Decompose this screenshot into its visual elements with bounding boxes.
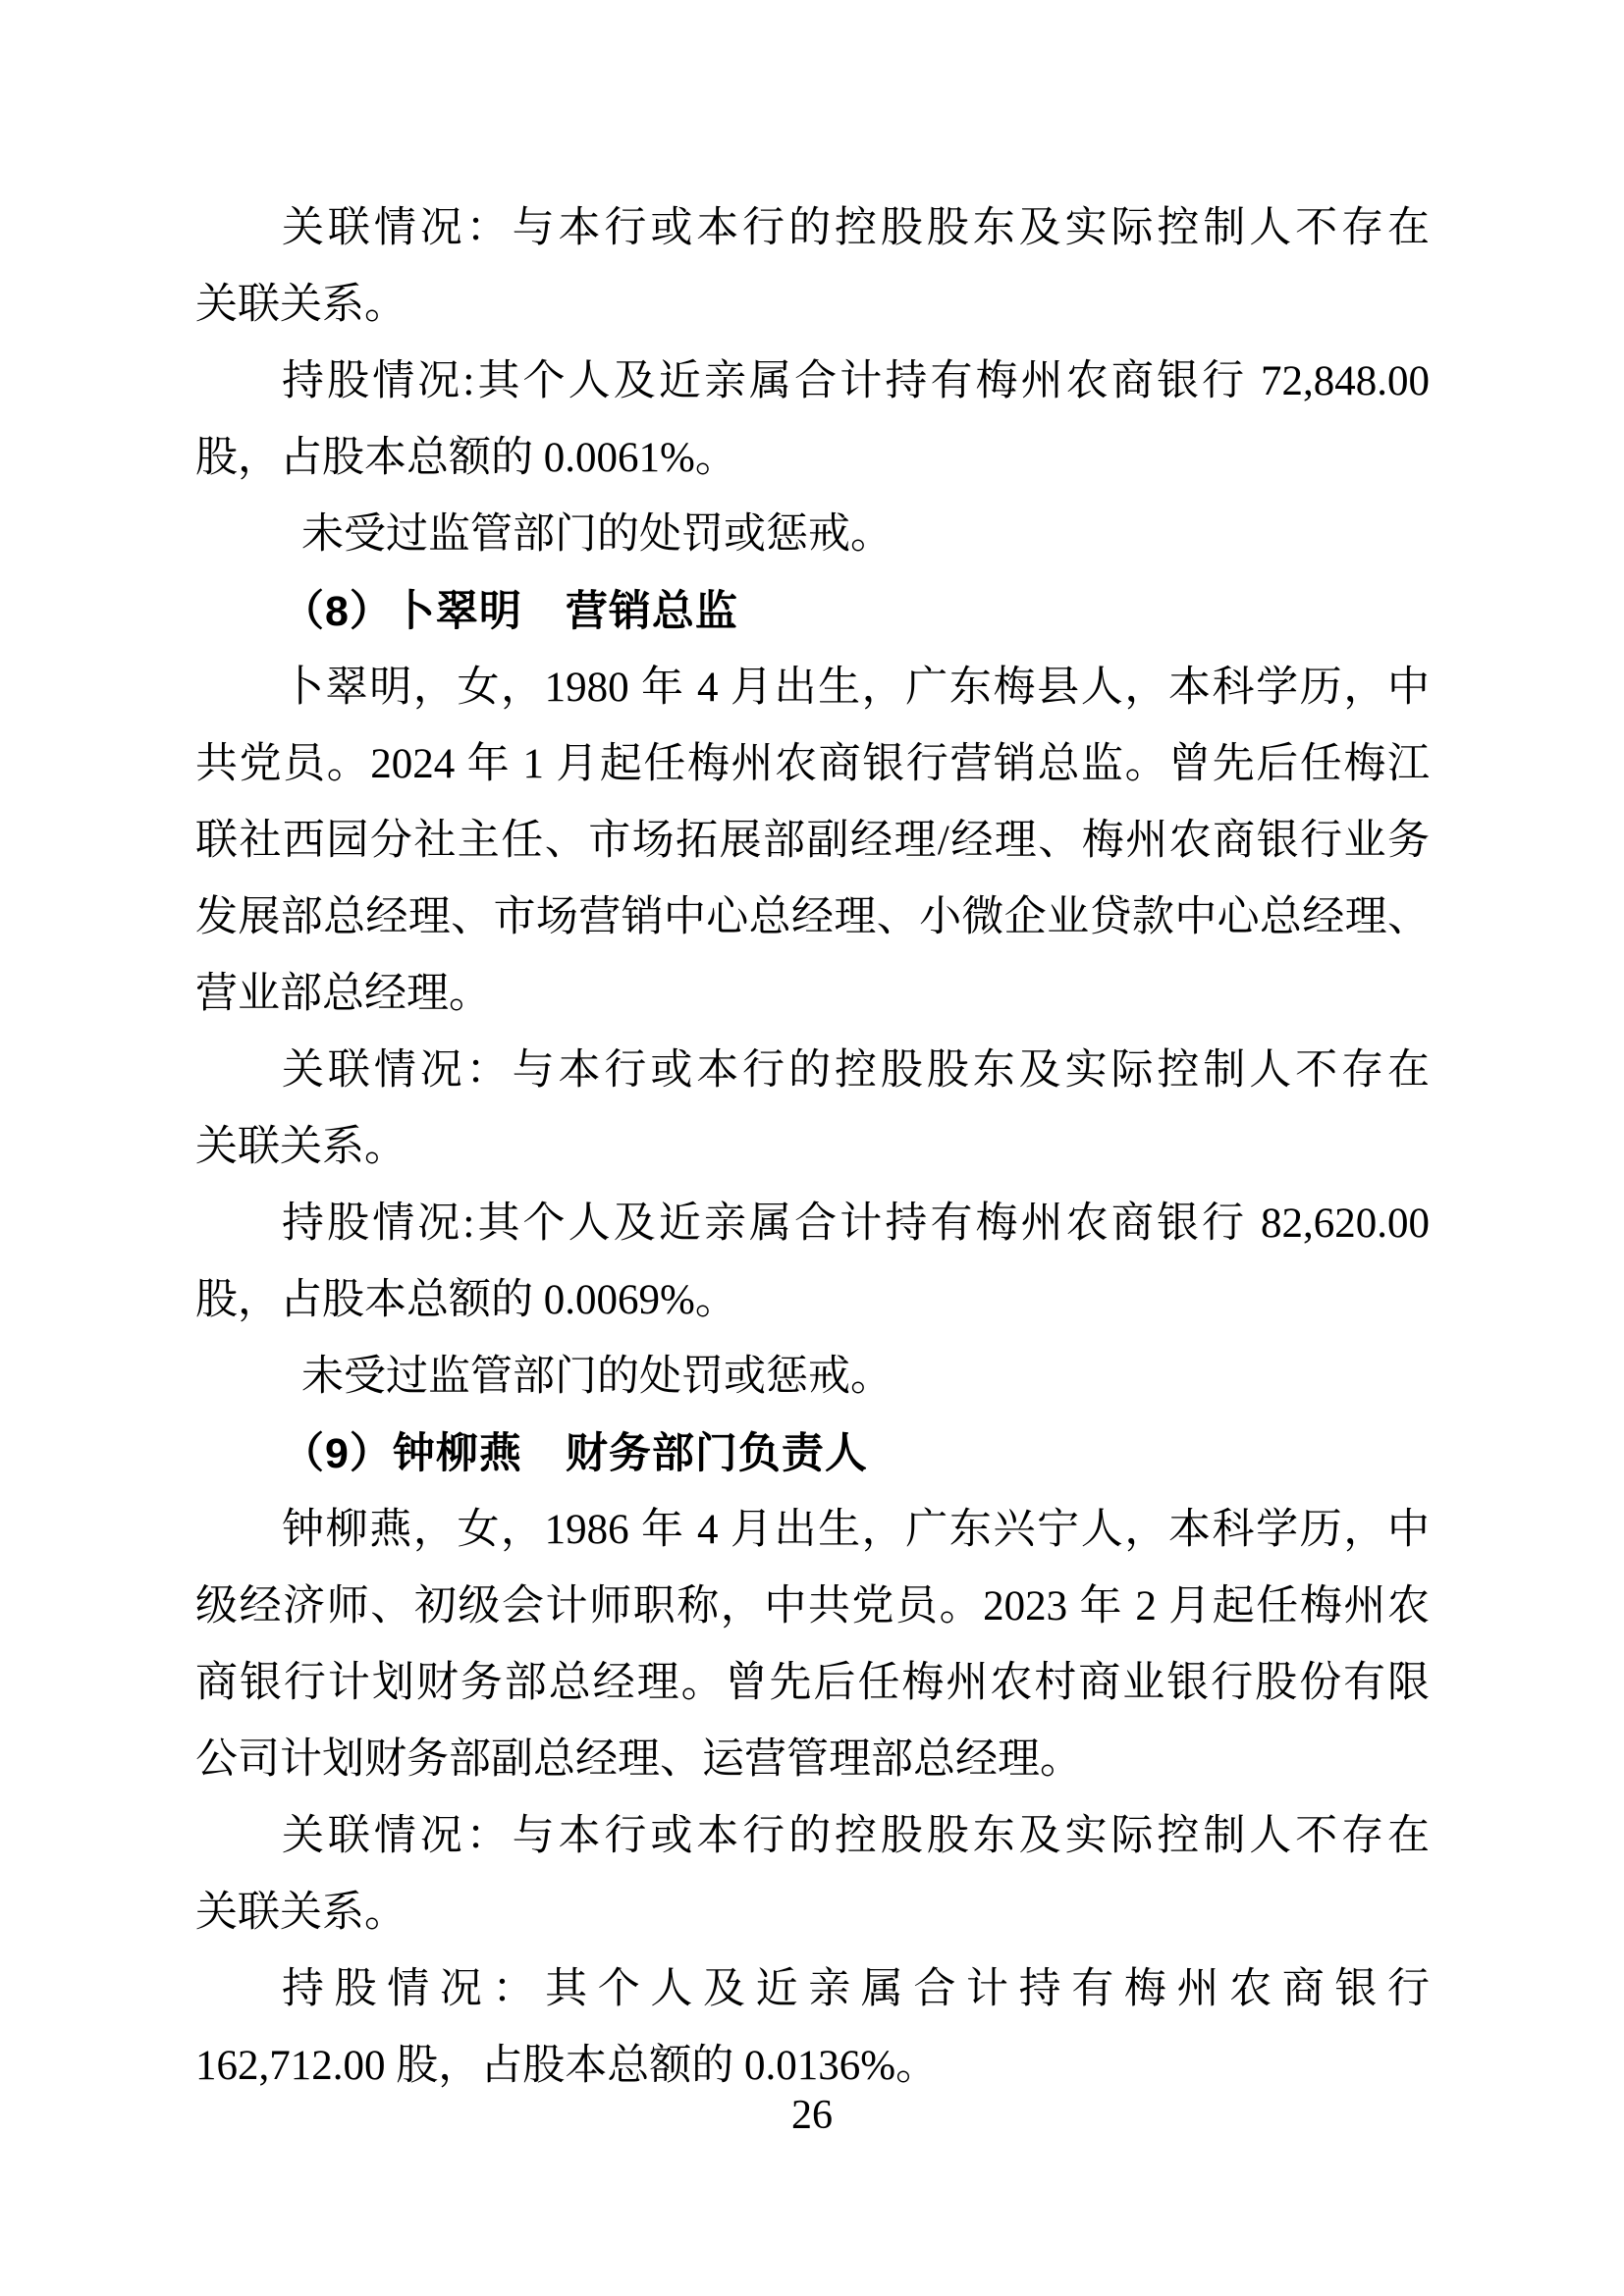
body-line: 级经济师、初级会计师职称，中共党员。2023 年 2 月起任梅州农 xyxy=(195,1569,1430,1645)
body-line: 持股情况:其个人及近亲属合计持有梅州农商银行 82,620.00 xyxy=(195,1186,1430,1262)
body-line: 股，占股本总额的 0.0061%。 xyxy=(195,420,1430,497)
page-number: 26 xyxy=(0,2093,1624,2138)
body-line: 关联情况：与本行或本行的控股股东及实际控制人不存在 xyxy=(195,1033,1430,1109)
body-line: 关联关系。 xyxy=(195,1109,1430,1186)
body-line: 发展部总经理、市场营销中心总经理、小微企业贷款中心总经理、 xyxy=(195,880,1430,956)
body-line: 持股情况：其个人及近亲属合计持有梅州农商银行 xyxy=(195,1951,1430,2028)
body-line: 营业部总经理。 xyxy=(195,956,1430,1033)
body-line: 股，占股本总额的 0.0069%。 xyxy=(195,1262,1430,1339)
body-line: 持股情况:其个人及近亲属合计持有梅州农商银行 72,848.00 xyxy=(195,344,1430,420)
section-8-heading: （8）卜翠明 营销总监 xyxy=(195,573,1430,650)
body-line: 商银行计划财务部总经理。曾先后任梅州农村商业银行股份有限 xyxy=(195,1645,1430,1722)
body-line: 联社西园分社主任、市场拓展部副经理/经理、梅州农商银行业务 xyxy=(195,803,1430,880)
body-line: 关联情况：与本行或本行的控股股东及实际控制人不存在 xyxy=(195,190,1430,267)
body-line: 卜翠明，女，1980 年 4 月出生，广东梅县人，本科学历，中 xyxy=(195,650,1430,726)
body-line: 关联关系。 xyxy=(195,1875,1430,1951)
body-line: 共党员。2024 年 1 月起任梅州农商银行营销总监。曾先后任梅江 xyxy=(195,726,1430,803)
section-9-heading: （9）钟柳燕 财务部门负责人 xyxy=(195,1415,1430,1492)
body-line: 钟柳燕，女，1986 年 4 月出生，广东兴宁人，本科学历，中 xyxy=(195,1492,1430,1569)
body-line: 关联情况：与本行或本行的控股股东及实际控制人不存在 xyxy=(195,1798,1430,1875)
document-page: 关联情况：与本行或本行的控股股东及实际控制人不存在 关联关系。 持股情况:其个人… xyxy=(0,0,1624,2296)
body-line: 未受过监管部门的处罚或惩戒。 xyxy=(195,497,1430,573)
document-body: 关联情况：与本行或本行的控股股东及实际控制人不存在 关联关系。 持股情况:其个人… xyxy=(195,190,1430,2105)
body-line: 公司计划财务部副总经理、运营管理部总经理。 xyxy=(195,1722,1430,1798)
body-line: 关联关系。 xyxy=(195,267,1430,344)
body-line: 未受过监管部门的处罚或惩戒。 xyxy=(195,1339,1430,1415)
